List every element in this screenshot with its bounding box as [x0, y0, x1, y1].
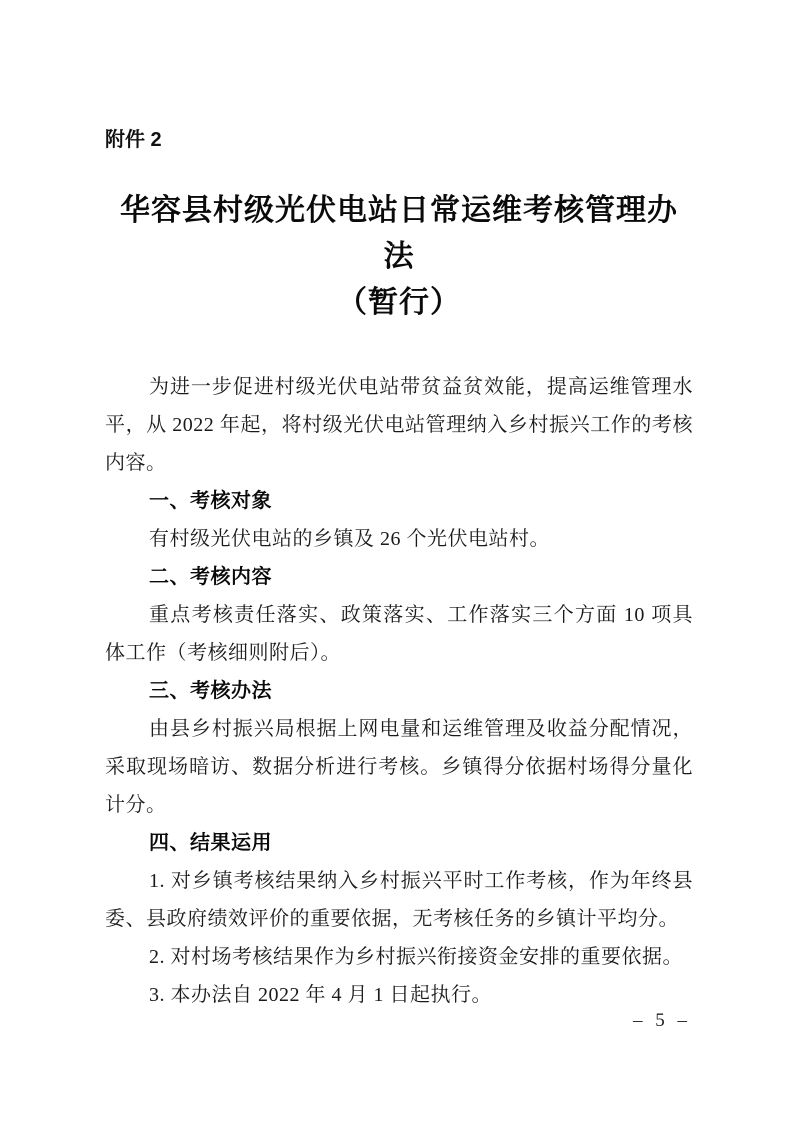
page-number: – 5 – — [633, 1010, 691, 1032]
section-3-heading: 三、考核办法 — [105, 672, 693, 710]
section-3-paragraph-1: 由县乡村振兴局根据上网电量和运维管理及收益分配情况，采取现场暗访、数据分析进行考… — [105, 710, 693, 824]
section-1-heading: 一、考核对象 — [105, 482, 693, 520]
section-2-heading: 二、考核内容 — [105, 558, 693, 596]
attachment-label: 附件 2 — [105, 126, 693, 154]
section-2-paragraph-1: 重点考核责任落实、政策落实、工作落实三个方面 10 项具体工作（考核细则附后）。 — [105, 596, 693, 672]
document-title: 华容县村级光伏电站日常运维考核管理办法（暂行） — [105, 188, 693, 326]
section-4-heading: 四、结果运用 — [105, 824, 693, 862]
intro-paragraph: 为进一步促进村级光伏电站带贫益贫效能，提高运维管理水平，从 2022 年起，将村… — [105, 368, 693, 482]
title-line-1: 华容县村级光伏电站日常运维考核管理办法 — [120, 194, 678, 273]
title-line-2: （暂行） — [337, 286, 461, 319]
section-4-paragraph-3: 3. 本办法自 2022 年 4 月 1 日起执行。 — [105, 976, 693, 1014]
document-page: 附件 2 华容县村级光伏电站日常运维考核管理办法（暂行） 为进一步促进村级光伏电… — [0, 0, 793, 1122]
document-content: 附件 2 华容县村级光伏电站日常运维考核管理办法（暂行） 为进一步促进村级光伏电… — [105, 126, 693, 1014]
section-4-paragraph-1: 1. 对乡镇考核结果纳入乡村振兴平时工作考核，作为年终县委、县政府绩效评价的重要… — [105, 862, 693, 938]
document-body: 为进一步促进村级光伏电站带贫益贫效能，提高运维管理水平，从 2022 年起，将村… — [105, 368, 693, 1014]
section-4-paragraph-2: 2. 对村场考核结果作为乡村振兴衔接资金安排的重要依据。 — [105, 938, 693, 976]
section-1-paragraph-1: 有村级光伏电站的乡镇及 26 个光伏电站村。 — [105, 520, 693, 558]
